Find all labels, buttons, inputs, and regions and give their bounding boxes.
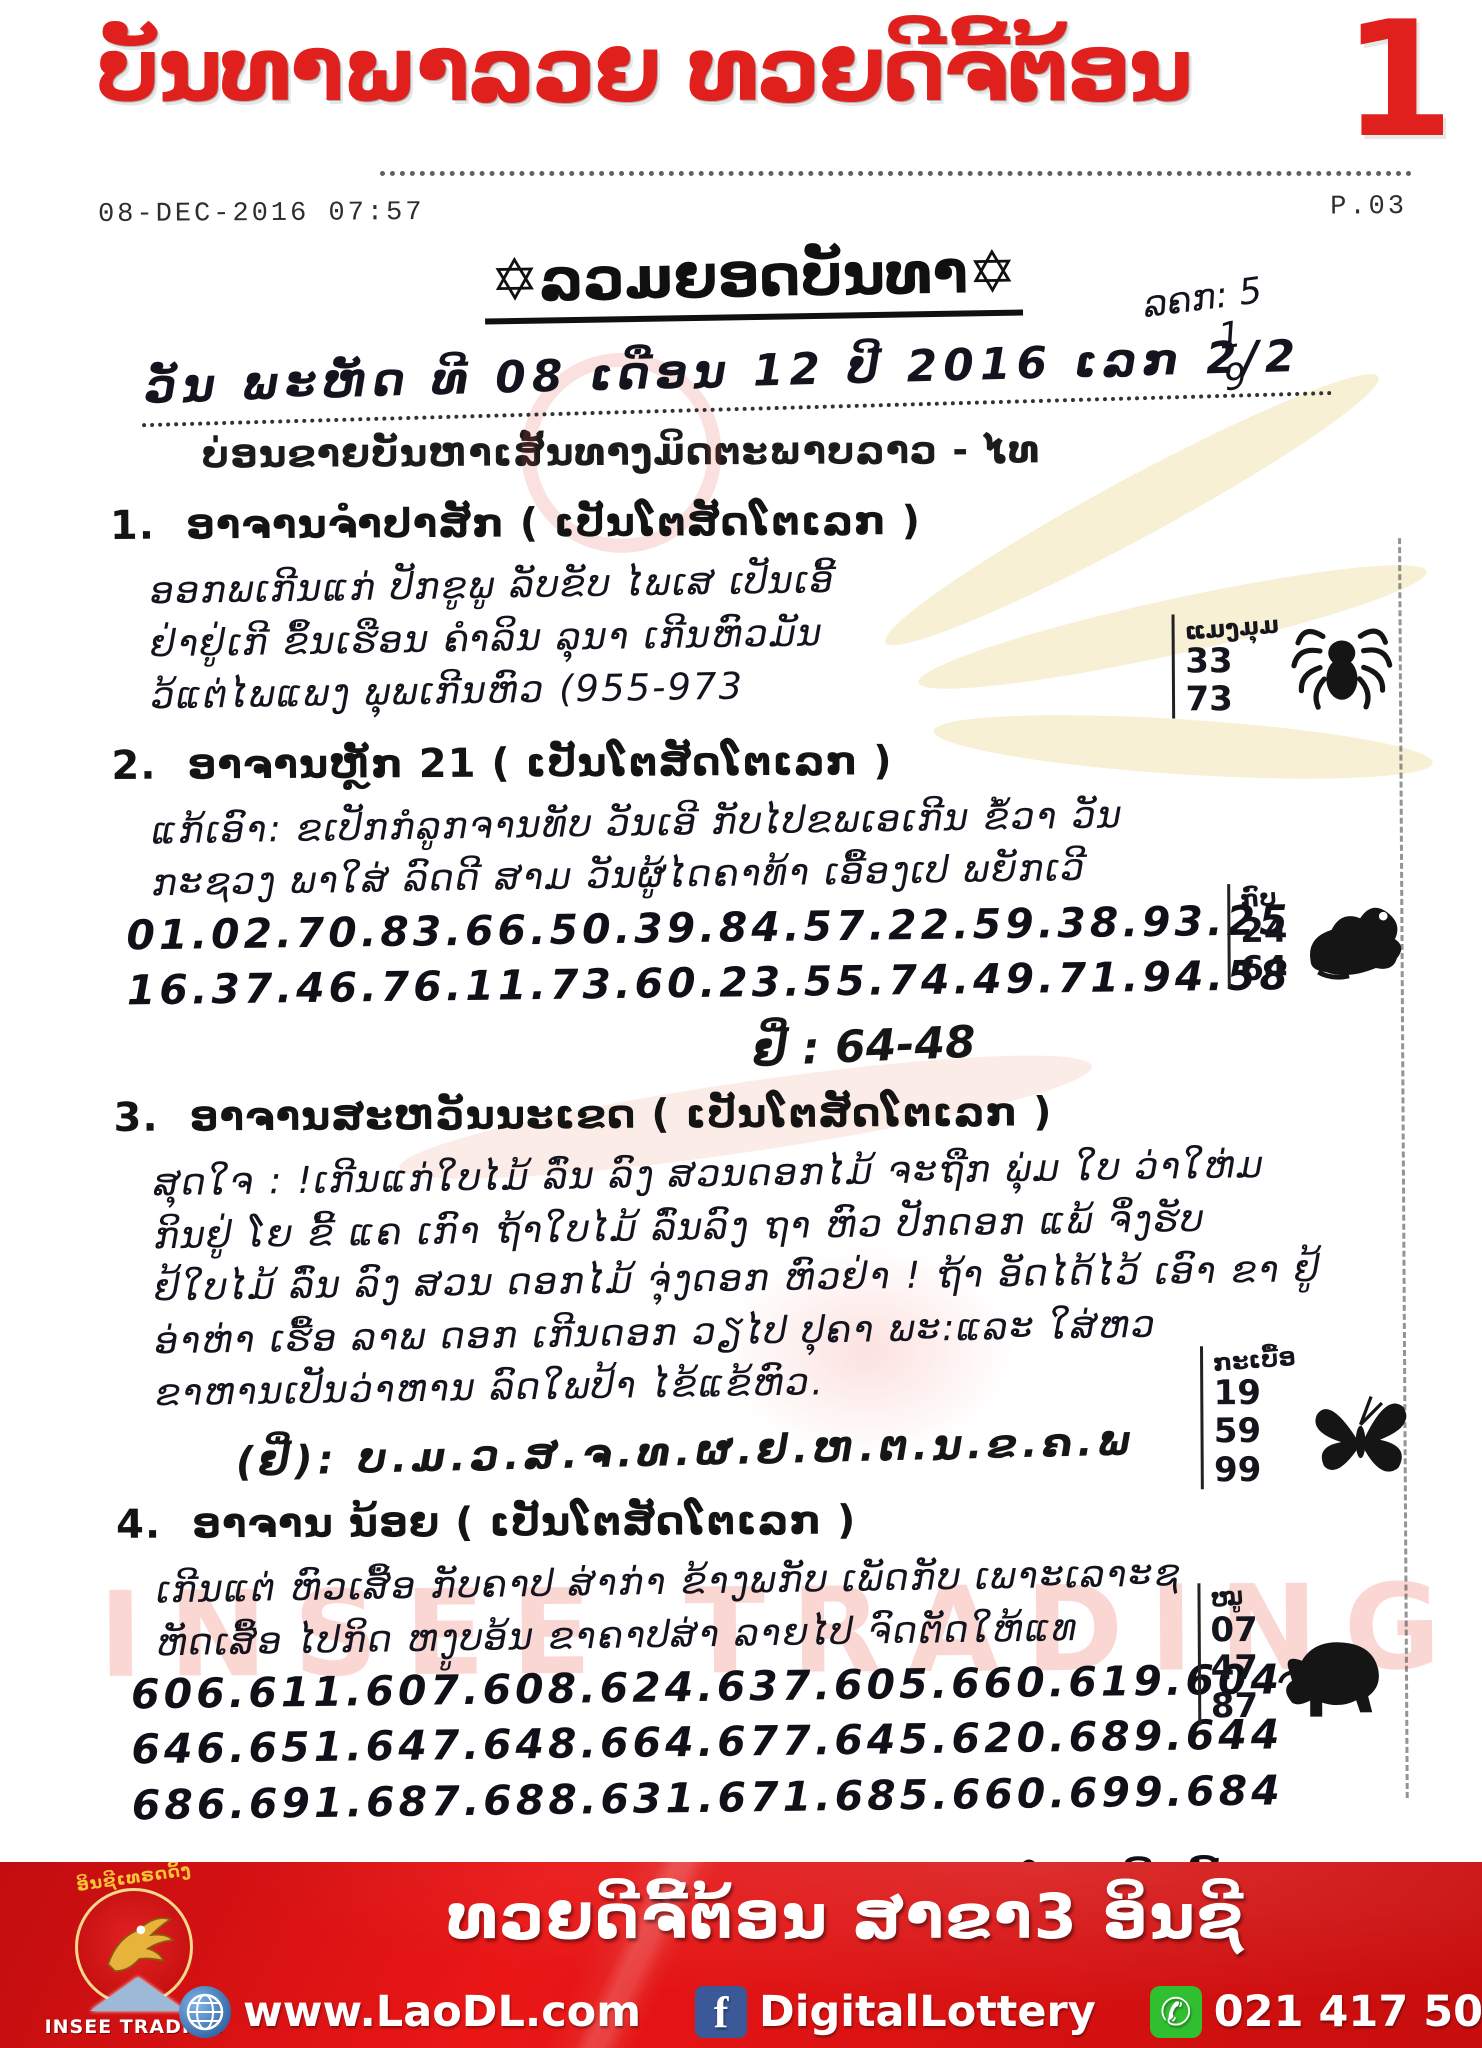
spider-icon xyxy=(1290,613,1395,718)
footer-link[interactable]: www.LaoDL.com xyxy=(179,1986,641,2038)
page-title: ບັນທາພາລວຍ ທວຍດີຈີ້ຕ້ອນ xyxy=(96,18,1286,121)
section-number: 3. xyxy=(113,1095,189,1141)
globe-icon xyxy=(179,1986,231,2038)
issue-number: 1 xyxy=(1343,0,1454,173)
animal-label: ແມງມຸມ xyxy=(1184,611,1280,646)
animal-number: 24 xyxy=(1240,911,1288,949)
phone-icon: ✆ xyxy=(1150,1986,1202,2038)
animal-numbers: ກະເບື້ອ195999 xyxy=(1200,1346,1297,1489)
animal-box: ກະເບື້ອ195999 xyxy=(1200,1345,1415,1489)
animal-box: ໝູ074787 xyxy=(1197,1582,1396,1725)
animal-box: ກົບ2464 xyxy=(1227,883,1416,988)
fax-datetime: 08-DEC-2016 07:57 xyxy=(98,198,425,230)
butterfly-icon xyxy=(1306,1378,1415,1489)
section: 4.ອາຈານ ນ້ອຍ ( ເປັນໂຕສັດໂຕເລກ )ເກີນແຕ່ ຫ… xyxy=(98,1494,1427,1829)
footer-link[interactable]: ✆021 417 500 xyxy=(1150,1986,1482,2038)
animal-number: 47 xyxy=(1211,1649,1259,1687)
document-title: ✡ລວມຍອດບັນທາ✡ xyxy=(484,238,1023,325)
animal-number: 33 xyxy=(1185,642,1280,681)
sections-container: 1.ອາຈານຈຳປາສັກ ( ເປັນໂຕສັດໂຕເລກ )ອອກພເກີ… xyxy=(92,495,1427,1829)
footer-link-label: 021 417 500 xyxy=(1214,1987,1482,2037)
section-title: 4.ອາຈານ ນ້ອຍ ( ເປັນໂຕສັດໂຕເລກ ) xyxy=(116,1494,1425,1548)
animal-label: ໝູ xyxy=(1209,1581,1258,1613)
fax-page: P.03 xyxy=(1330,192,1407,222)
section-title: 1.ອາຈານຈຳປາສັກ ( ເປັນໂຕສັດໂຕເລກ ) xyxy=(110,495,1419,549)
animal-number: 19 xyxy=(1213,1374,1296,1413)
handwritten-note: ຢີ່ : 64-48 xyxy=(752,999,1423,1077)
date-line: ວັນ ພະຫັດ ທີ 08 ເດືອນ 12 ປີ 2016 ເລກ 2/2 xyxy=(140,330,1332,427)
section: 1.ອາຈານຈຳປາສັກ ( ເປັນໂຕສັດໂຕເລກ )ອອກພເກີ… xyxy=(92,495,1420,717)
section-number: 4. xyxy=(116,1501,192,1547)
footer-brand-text: ທວຍດີຈີ້ຕ້ອນ ສາຂາ3 ອິນຊີ xyxy=(250,1880,1442,1953)
animal-numbers: ກົບ2464 xyxy=(1227,883,1288,988)
section-title: 2.ອາຈານຫຼັກ 21 ( ເປັນໂຕສັດໂຕເລກ ) xyxy=(111,735,1420,789)
divider xyxy=(380,171,1412,176)
section-number: 2. xyxy=(111,742,187,788)
animal-box: ແມງມຸມ3373 xyxy=(1172,613,1394,719)
top-banner: ບັນທາພາລວຍ ທວຍດີຈີ້ຕ້ອນ 1 xyxy=(0,0,1482,182)
footer-link[interactable]: fDigitalLottery xyxy=(695,1986,1096,2038)
section-number: 1. xyxy=(110,502,186,548)
animal-number: 59 xyxy=(1214,1412,1297,1451)
eagle-emblem-icon xyxy=(75,1888,193,2006)
frog-icon xyxy=(1297,891,1416,988)
scanned-document: INSEE TRADING 08-DEC-2016 07:57 P.03 ✡ລວ… xyxy=(90,178,1427,1866)
footer-links: www.LaoDL.comfDigitalLottery✆021 417 500 xyxy=(230,1986,1462,2038)
footer-link-label: www.LaoDL.com xyxy=(243,1987,641,2037)
section-title: 3.ອາຈານສະຫວັນນະເຂດ ( ເປັນໂຕສັດໂຕເລກ ) xyxy=(113,1087,1422,1141)
animal-label: ກົບ xyxy=(1239,882,1288,914)
footer-banner: ອິນຊີເທຣດດິ້ງ INSEE TRADING ທວຍດີຈີ້ຕ້ອນ… xyxy=(0,1862,1482,2048)
pig-icon xyxy=(1268,1624,1397,1725)
animal-number: 07 xyxy=(1210,1611,1258,1649)
animal-numbers: ໝູ074787 xyxy=(1197,1583,1258,1726)
animal-numbers: ແມງມຸມ3373 xyxy=(1172,614,1280,719)
footer-link-label: DigitalLottery xyxy=(759,1987,1096,2037)
animal-number: 64 xyxy=(1240,949,1288,987)
animal-label: ກະເບື້ອ xyxy=(1212,1343,1297,1377)
animal-number: 99 xyxy=(1214,1450,1297,1489)
section: 3.ອາຈານສະຫວັນນະເຂດ ( ເປັນໂຕສັດໂຕເລກ )ສຸດ… xyxy=(95,1087,1424,1476)
document-subtitle: ບ່ອນຂາຍບັນຫາເສັ້ນທາງມິດຕະພາບລາວ - ໄທ xyxy=(201,425,1418,476)
section: 2.ອາຈານຫຼັກ 21 ( ເປັນໂຕສັດໂຕເລກ )ແກ້ເອົາ… xyxy=(93,735,1422,1070)
animal-number: 87 xyxy=(1211,1687,1259,1725)
animal-number: 73 xyxy=(1185,680,1280,719)
mountain-graphic xyxy=(90,1977,186,2011)
facebook-icon: f xyxy=(695,1986,747,2038)
